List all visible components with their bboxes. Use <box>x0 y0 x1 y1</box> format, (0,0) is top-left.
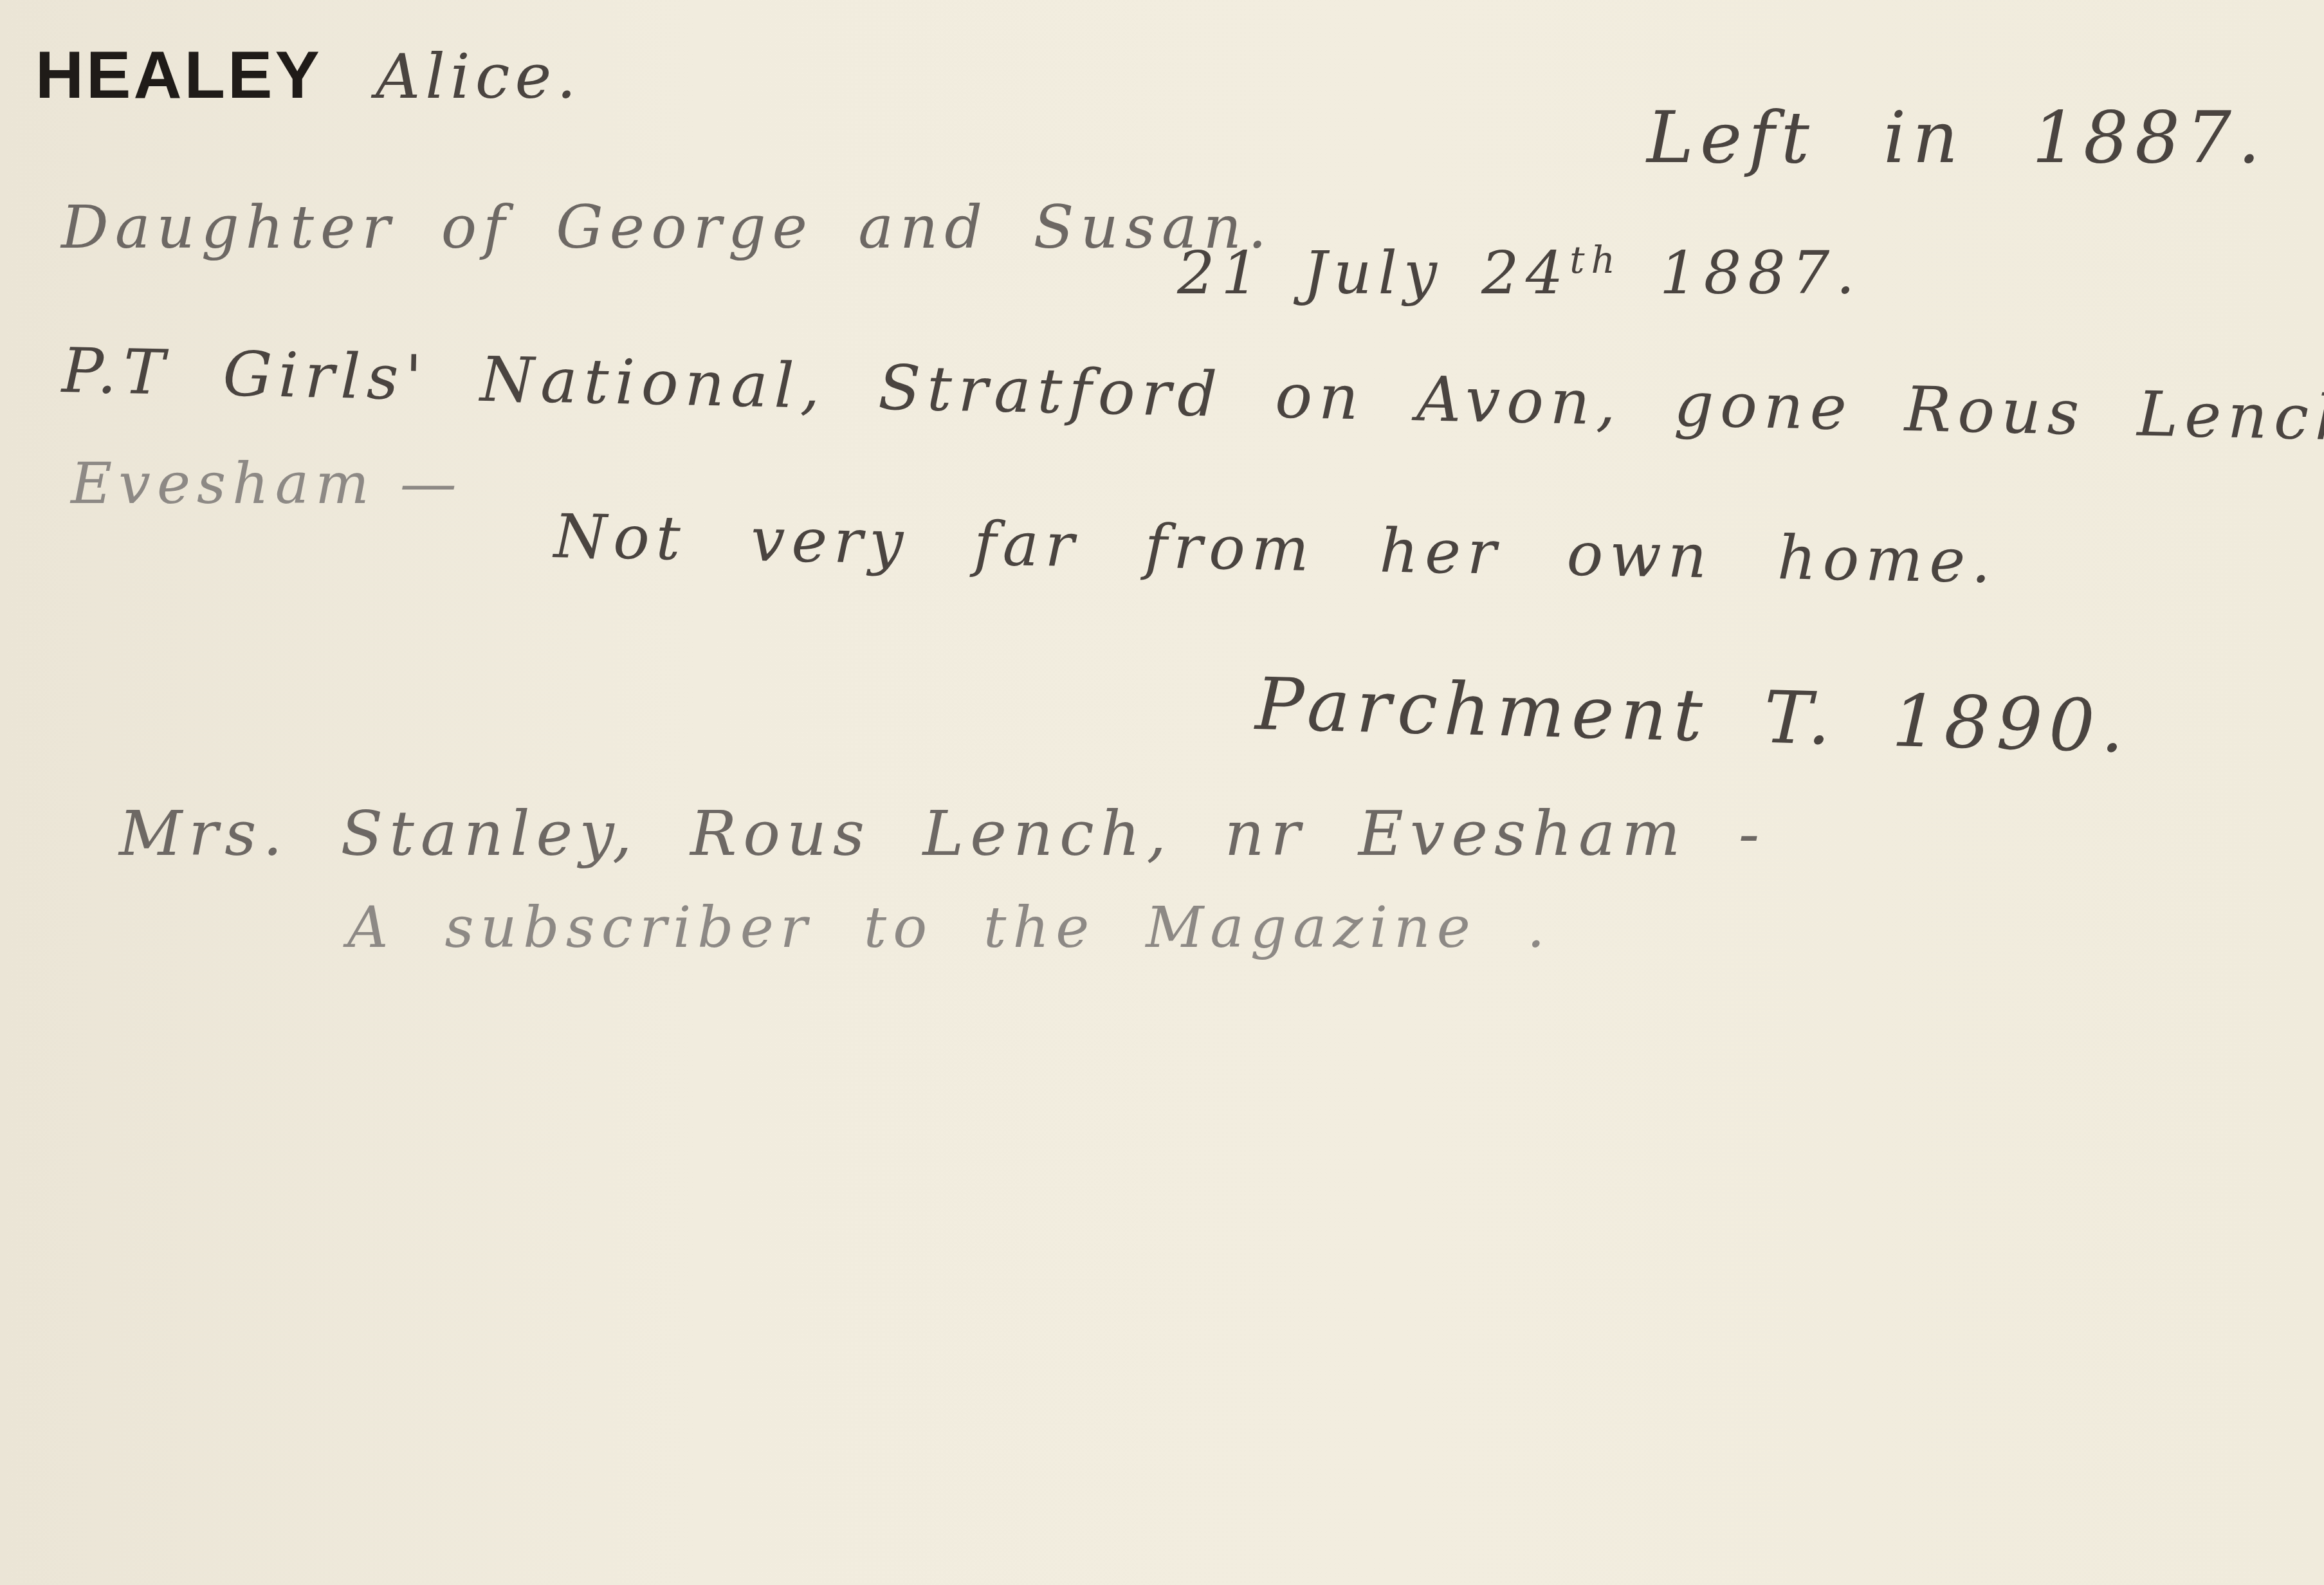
date-ordinal: th <box>1569 238 1622 282</box>
parentage-line: Daughter of George and Susan. <box>61 193 1273 262</box>
remark-line: Not very far from her own home. <box>553 502 1998 597</box>
subscriber-line: A subscriber to the Magazine . <box>347 894 1551 960</box>
school-line: P.T Girls' National, Stratford on Avon, … <box>61 334 2324 459</box>
date-line: 21 July 24th 1887. <box>1177 238 1861 307</box>
place-line: Evesham — <box>71 450 463 517</box>
parchment-line: Parchment T. 1890. <box>1254 663 2132 769</box>
given-name: Alice. <box>376 41 581 113</box>
address-line: Mrs. Stanley, Rous Lench, nr Evesham - <box>119 798 1766 870</box>
left-year-note: Left in 1887. <box>1647 96 2267 179</box>
date-prefix: 21 <box>1177 239 1265 307</box>
date-main: July 24 <box>1303 239 1569 307</box>
surname: HEALEY <box>35 38 322 113</box>
name-line: HEALEY Alice. <box>35 35 581 114</box>
date-year: 1887. <box>1660 239 1861 307</box>
register-card: HEALEY Alice. Left in 1887. Daughter of … <box>0 0 2324 1585</box>
